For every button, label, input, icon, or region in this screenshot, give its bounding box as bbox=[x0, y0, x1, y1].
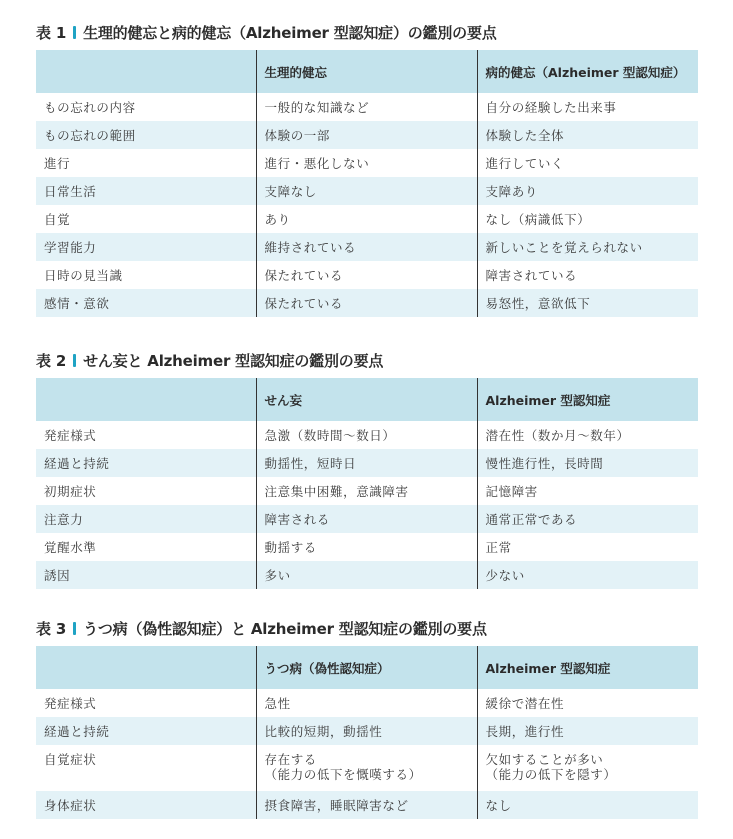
table-row: 経過と持続比較的短期，動揺性長期，進行性 bbox=[36, 717, 698, 745]
cell: 記憶障害 bbox=[477, 477, 698, 505]
row-label: 感情・意欲 bbox=[36, 289, 256, 317]
cell: 易怒性，意欲低下 bbox=[477, 289, 698, 317]
row-label: 経過と持続 bbox=[36, 449, 256, 477]
cell: 存在する（能力の低下を慨嘆する） bbox=[256, 745, 477, 791]
table-row: 自覚ありなし（病識低下） bbox=[36, 205, 698, 233]
cell: 保たれている bbox=[256, 261, 477, 289]
table-row: 初期症状注意集中困難，意識障害記憶障害 bbox=[36, 477, 698, 505]
cell: 慢性進行性，長時間 bbox=[477, 449, 698, 477]
table-1: 生理的健忘 病的健忘（Alzheimer 型認知症） もの忘れの内容一般的な知識… bbox=[36, 50, 698, 317]
cell: 動揺性，短時日 bbox=[256, 449, 477, 477]
row-label: 発症様式 bbox=[36, 421, 256, 449]
header-cell-alzheimer: Alzheimer 型認知症 bbox=[477, 646, 698, 689]
header-cell-blank bbox=[36, 378, 256, 421]
cell: 緩徐で潜在性 bbox=[477, 689, 698, 717]
cell: 注意集中困難，意識障害 bbox=[256, 477, 477, 505]
row-label: 自覚症状 bbox=[36, 745, 256, 791]
header-cell-blank bbox=[36, 646, 256, 689]
header-cell-physiological: 生理的健忘 bbox=[256, 50, 477, 93]
table-3: うつ病（偽性認知症） Alzheimer 型認知症 発症様式急性緩徐で潜在性 経… bbox=[36, 646, 698, 819]
cell: なし（病識低下） bbox=[477, 205, 698, 233]
table-header-row: うつ病（偽性認知症） Alzheimer 型認知症 bbox=[36, 646, 698, 689]
accent-bar-icon bbox=[73, 26, 76, 39]
table-3-section: 表 3うつ病（偽性認知症）と Alzheimer 型認知症の鑑別の要点 うつ病（… bbox=[36, 618, 698, 819]
cell: 急性 bbox=[256, 689, 477, 717]
table-2-title-text: せん妄と Alzheimer 型認知症の鑑別の要点 bbox=[83, 352, 383, 370]
row-label: 覚醒水準 bbox=[36, 533, 256, 561]
cell: 体験した全体 bbox=[477, 121, 698, 149]
cell: 一般的な知識など bbox=[256, 93, 477, 121]
cell: 体験の一部 bbox=[256, 121, 477, 149]
cell: あり bbox=[256, 205, 477, 233]
table-row: 日時の見当識保たれている障害されている bbox=[36, 261, 698, 289]
row-label: もの忘れの範囲 bbox=[36, 121, 256, 149]
table-row: 学習能力維持されている新しいことを覚えられない bbox=[36, 233, 698, 261]
row-label-text: 自覚症状 bbox=[44, 752, 96, 767]
table-3-title-text: うつ病（偽性認知症）と Alzheimer 型認知症の鑑別の要点 bbox=[83, 620, 487, 638]
table-row: 覚醒水準動揺する正常 bbox=[36, 533, 698, 561]
table-1-title-text: 生理的健忘と病的健忘（Alzheimer 型認知症）の鑑別の要点 bbox=[83, 24, 497, 42]
header-cell-blank bbox=[36, 50, 256, 93]
cell: 摂食障害，睡眠障害など bbox=[256, 791, 477, 819]
cell: 支障あり bbox=[477, 177, 698, 205]
cell: 維持されている bbox=[256, 233, 477, 261]
table-row: 日常生活支障なし支障あり bbox=[36, 177, 698, 205]
cell: なし bbox=[477, 791, 698, 819]
accent-bar-icon bbox=[73, 354, 76, 367]
table-1-title: 表 1生理的健忘と病的健忘（Alzheimer 型認知症）の鑑別の要点 bbox=[36, 22, 698, 44]
row-label: 経過と持続 bbox=[36, 717, 256, 745]
cell: 長期，進行性 bbox=[477, 717, 698, 745]
cell: 少ない bbox=[477, 561, 698, 589]
table-row: もの忘れの内容一般的な知識など自分の経験した出来事 bbox=[36, 93, 698, 121]
cell: 進行していく bbox=[477, 149, 698, 177]
row-label: 自覚 bbox=[36, 205, 256, 233]
cell-line-2: （能力の低下を慨嘆する） bbox=[265, 767, 477, 782]
table-3-title: 表 3うつ病（偽性認知症）と Alzheimer 型認知症の鑑別の要点 bbox=[36, 618, 698, 640]
table-2: せん妄 Alzheimer 型認知症 発症様式急激（数時間～数日）潜在性（数か月… bbox=[36, 378, 698, 589]
cell: 比較的短期，動揺性 bbox=[256, 717, 477, 745]
cell: 動揺する bbox=[256, 533, 477, 561]
table-1-section: 表 1生理的健忘と病的健忘（Alzheimer 型認知症）の鑑別の要点 生理的健… bbox=[36, 22, 698, 317]
cell: 保たれている bbox=[256, 289, 477, 317]
row-label: もの忘れの内容 bbox=[36, 93, 256, 121]
table-1-label: 表 1 bbox=[36, 24, 66, 42]
cell: 自分の経験した出来事 bbox=[477, 93, 698, 121]
row-label: 誘因 bbox=[36, 561, 256, 589]
table-row: 身体症状摂食障害，睡眠障害などなし bbox=[36, 791, 698, 819]
table-3-label: 表 3 bbox=[36, 620, 66, 638]
header-cell-alzheimer: Alzheimer 型認知症 bbox=[477, 378, 698, 421]
header-cell-delirium: せん妄 bbox=[256, 378, 477, 421]
table-row: 発症様式急性緩徐で潜在性 bbox=[36, 689, 698, 717]
row-label: 進行 bbox=[36, 149, 256, 177]
cell-line-1: 存在する bbox=[265, 752, 477, 767]
cell: 障害されている bbox=[477, 261, 698, 289]
row-label: 身体症状 bbox=[36, 791, 256, 819]
row-label: 学習能力 bbox=[36, 233, 256, 261]
cell: 欠如することが多い（能力の低下を隠す） bbox=[477, 745, 698, 791]
table-2-title: 表 2せん妄と Alzheimer 型認知症の鑑別の要点 bbox=[36, 350, 698, 372]
cell: 正常 bbox=[477, 533, 698, 561]
cell: 新しいことを覚えられない bbox=[477, 233, 698, 261]
table-row: もの忘れの範囲体験の一部体験した全体 bbox=[36, 121, 698, 149]
row-label: 注意力 bbox=[36, 505, 256, 533]
table-row: 誘因多い少ない bbox=[36, 561, 698, 589]
table-header-row: せん妄 Alzheimer 型認知症 bbox=[36, 378, 698, 421]
table-row: 注意力障害される通常正常である bbox=[36, 505, 698, 533]
cell-line-1: 欠如することが多い bbox=[486, 752, 699, 767]
accent-bar-icon bbox=[73, 622, 76, 635]
cell-line-2: （能力の低下を隠す） bbox=[486, 767, 699, 782]
row-label: 初期症状 bbox=[36, 477, 256, 505]
cell: 通常正常である bbox=[477, 505, 698, 533]
table-row: 感情・意欲保たれている易怒性，意欲低下 bbox=[36, 289, 698, 317]
row-label: 発症様式 bbox=[36, 689, 256, 717]
table-row: 自覚症状 存在する（能力の低下を慨嘆する） 欠如することが多い（能力の低下を隠す… bbox=[36, 745, 698, 791]
table-row: 発症様式急激（数時間～数日）潜在性（数か月～数年） bbox=[36, 421, 698, 449]
cell: 進行・悪化しない bbox=[256, 149, 477, 177]
header-cell-depression: うつ病（偽性認知症） bbox=[256, 646, 477, 689]
row-label: 日時の見当識 bbox=[36, 261, 256, 289]
table-2-label: 表 2 bbox=[36, 352, 66, 370]
cell: 潜在性（数か月～数年） bbox=[477, 421, 698, 449]
table-header-row: 生理的健忘 病的健忘（Alzheimer 型認知症） bbox=[36, 50, 698, 93]
row-label: 日常生活 bbox=[36, 177, 256, 205]
table-row: 経過と持続動揺性，短時日慢性進行性，長時間 bbox=[36, 449, 698, 477]
cell: 支障なし bbox=[256, 177, 477, 205]
cell: 障害される bbox=[256, 505, 477, 533]
table-row: 進行進行・悪化しない進行していく bbox=[36, 149, 698, 177]
cell: 多い bbox=[256, 561, 477, 589]
cell: 急激（数時間～数日） bbox=[256, 421, 477, 449]
header-cell-pathological: 病的健忘（Alzheimer 型認知症） bbox=[477, 50, 698, 93]
table-2-section: 表 2せん妄と Alzheimer 型認知症の鑑別の要点 せん妄 Alzheim… bbox=[36, 350, 698, 589]
